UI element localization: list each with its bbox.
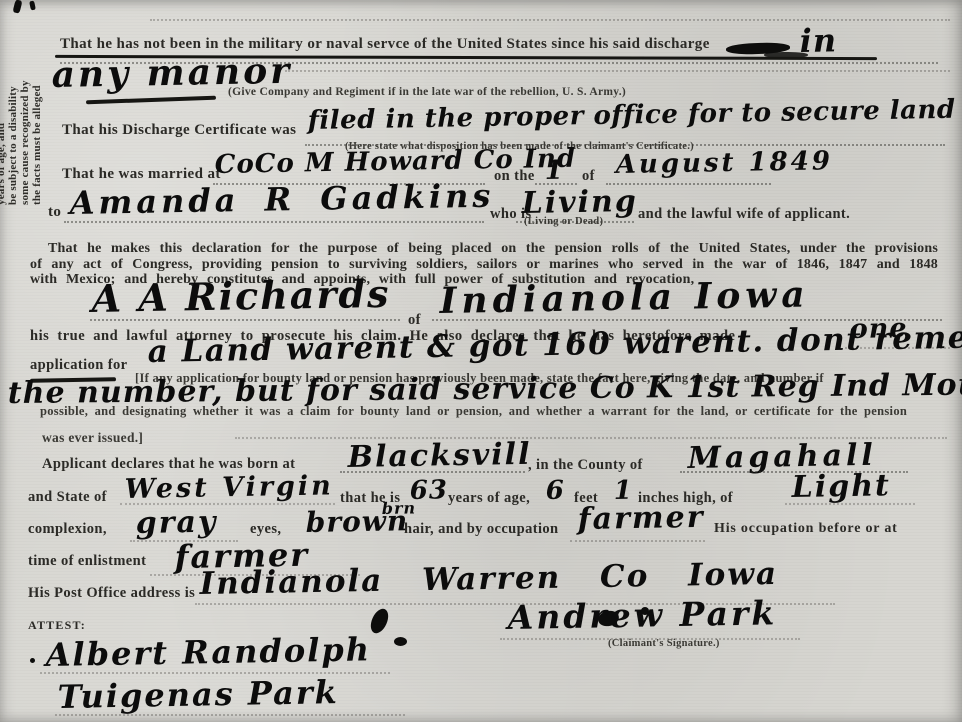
clause-post-office: His Post Office address is bbox=[28, 585, 195, 602]
rule-line bbox=[64, 221, 484, 223]
hw-marriage-month-year: August 1849 bbox=[615, 146, 833, 180]
hw-complexion: Light bbox=[791, 468, 891, 505]
rule-line bbox=[120, 503, 335, 505]
label-complexion: complexion, bbox=[28, 521, 107, 538]
hw-height-feet: 6 bbox=[545, 476, 565, 506]
scanned-pension-declaration: years of age, and be subject to a disabi… bbox=[0, 0, 962, 722]
clause-time-of-enlistment: time of enlistment bbox=[28, 553, 146, 570]
rule-line bbox=[285, 70, 950, 72]
margin-note-line: the facts must be alleged bbox=[31, 0, 43, 205]
rule-line bbox=[570, 540, 705, 542]
label-to: to bbox=[48, 204, 61, 221]
hw-discharge-disposition: filed in the proper office for to secure… bbox=[307, 93, 962, 136]
label-of: of bbox=[582, 168, 595, 185]
label-on-the: on the bbox=[494, 168, 535, 185]
rule-line bbox=[785, 503, 915, 505]
hw-attorney-name: A A Richards bbox=[91, 271, 391, 321]
clause-occupation-before: His occupation before or at bbox=[714, 521, 898, 537]
hw-discharge-manner-1: in bbox=[799, 21, 837, 60]
hw-witness-signature-2: Tuigenas Park bbox=[57, 673, 339, 716]
hw-birthplace: Blacksvill bbox=[347, 437, 531, 475]
clause-hair-occupation: hair, and by occupation bbox=[404, 521, 559, 538]
hw-eye-color: gray bbox=[135, 505, 217, 541]
hw-occupation: farmer bbox=[577, 500, 704, 537]
bracket-note-line-2: possible, and designating whether it was… bbox=[40, 404, 907, 419]
clause-years-of-age: years of age, bbox=[448, 490, 530, 507]
label-of-2: of bbox=[408, 312, 421, 329]
hw-birth-state: West Virgin bbox=[124, 470, 334, 505]
hw-witness-signature-1: Albert Randolph bbox=[45, 630, 371, 674]
ink-dot bbox=[30, 658, 35, 663]
label-attest: ATTEST: bbox=[28, 618, 86, 633]
caption-claimant-signature: (Claimant's Signature.) bbox=[608, 638, 720, 649]
clause-born-at: Applicant declares that he was born at bbox=[42, 456, 295, 473]
margin-note-line: be subject to a disability bbox=[7, 0, 19, 205]
heavy-underline bbox=[86, 96, 216, 105]
hw-hair-note: brn bbox=[382, 498, 417, 518]
hw-application-detail-1: a Land warent & got 160 warent. dont rem… bbox=[147, 318, 962, 370]
hw-marriage-day: 1 bbox=[544, 156, 564, 186]
hw-attorney-place: Indianola Iowa bbox=[439, 274, 810, 322]
clause-county-of: , in the County of bbox=[528, 457, 643, 474]
rule-line bbox=[90, 319, 400, 321]
hw-claimant-signature: Andrew Park bbox=[507, 593, 777, 637]
caption-living-or-dead: (Living or Dead) bbox=[524, 216, 603, 227]
clause-married-at: That he was married at bbox=[62, 166, 221, 183]
rule-line bbox=[340, 471, 525, 473]
rule-line bbox=[55, 714, 405, 716]
ink-blot bbox=[394, 637, 407, 646]
hw-wife-name: Amanda R Gadkins bbox=[69, 177, 494, 222]
label-application-for: application for bbox=[30, 357, 127, 374]
clause-state-of: and State of bbox=[28, 489, 107, 506]
clause-military-service: That he has not been in the military or … bbox=[60, 36, 710, 53]
caption-company-regiment: (Give Company and Regiment if in the lat… bbox=[228, 86, 626, 98]
margin-note-line: years of age, and bbox=[0, 0, 7, 205]
margin-note: years of age, and be subject to a disabi… bbox=[0, 0, 45, 205]
ink-blot bbox=[367, 606, 391, 636]
clause-discharge-certificate: That his Discharge Certificate was bbox=[62, 122, 296, 139]
margin-note-line: some cause recognized by bbox=[19, 0, 31, 205]
clause-lawful-wife: and the lawful wife of applicant. bbox=[638, 206, 850, 223]
bracket-note-line-3: was ever issued.] bbox=[42, 430, 143, 446]
